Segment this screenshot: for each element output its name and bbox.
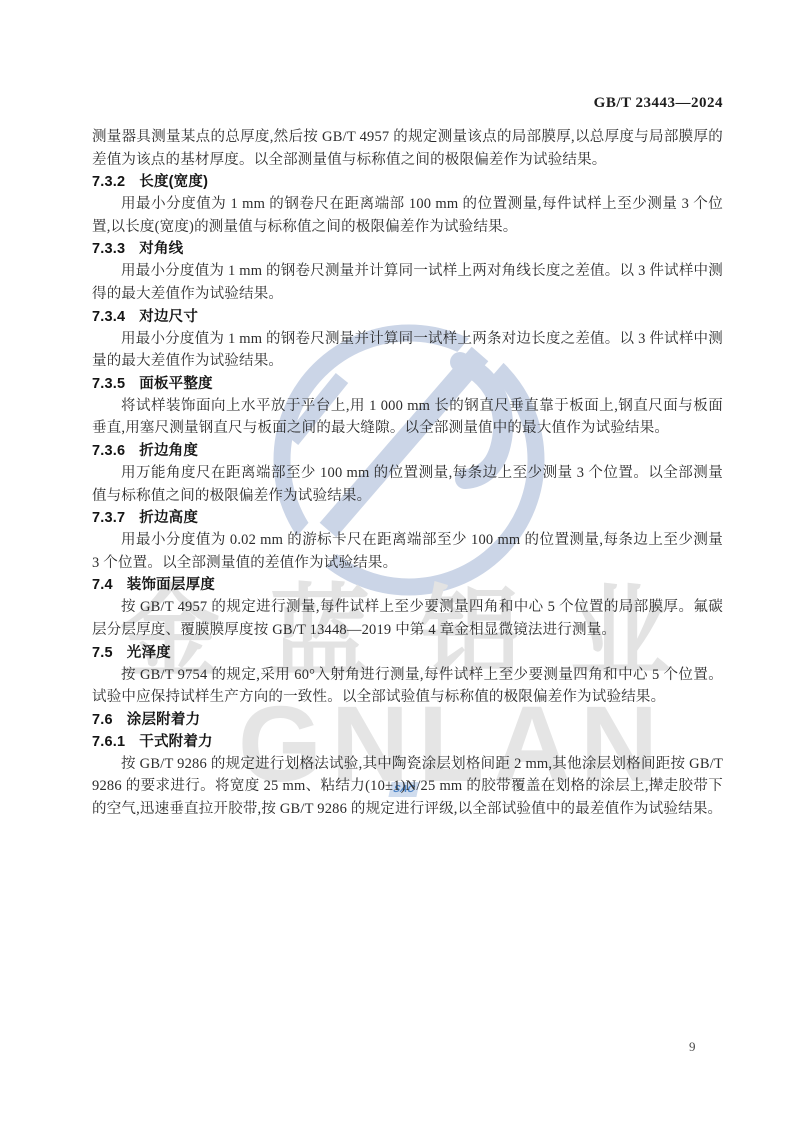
section-paragraph: 按 GB/T 4957 的规定进行测量,每件试样上至少要测量四角和中心 5 个位… (92, 596, 723, 641)
section-heading: 7.6.1干式附着力 (92, 731, 723, 753)
section-paragraph: 按 GB/T 9286 的规定进行划格法试验,其中陶瓷涂层划格间距 2 mm,其… (92, 753, 723, 821)
document-body: 测量器具测量某点的总厚度,然后按 GB/T 4957 的规定测量该点的局部膜厚,… (92, 126, 723, 820)
section-heading: 7.3.3对角线 (92, 238, 723, 260)
section-7-3-3: 7.3.3对角线 用最小分度值为 1 mm 的钢卷尺测量并计算同一试样上两对角线… (92, 238, 723, 305)
section-title: 对边尺寸 (139, 309, 198, 325)
document-page: 金蓝铝业 GNLAN SAC GB/T 23443—2024 测量器具测量某点的… (0, 0, 800, 1131)
section-number: 7.6 (92, 712, 113, 728)
section-heading: 7.4装饰面层厚度 (92, 574, 723, 596)
section-number: 7.3.7 (92, 510, 125, 526)
section-paragraph: 用最小分度值为 0.02 mm 的游标卡尺在距离端部至少 100 mm 的位置测… (92, 529, 723, 574)
standard-number-header: GB/T 23443—2024 (594, 95, 723, 112)
section-number: 7.3.3 (92, 241, 125, 257)
section-title: 面板平整度 (139, 376, 213, 392)
section-number: 7.4 (92, 577, 113, 593)
page-number: 9 (689, 1039, 696, 1055)
section-7-3-2: 7.3.2长度(宽度) 用最小分度值为 1 mm 的钢卷尺在距离端部 100 m… (92, 171, 723, 238)
section-number: 7.3.4 (92, 309, 125, 325)
section-title: 长度(宽度) (139, 174, 208, 190)
section-title: 折边高度 (139, 510, 198, 526)
section-7-6: 7.6涂层附着力 (92, 709, 723, 731)
section-paragraph: 将试样装饰面向上水平放于平台上,用 1 000 mm 长的钢直尺垂直靠于板面上,… (92, 395, 723, 440)
section-title: 装饰面层厚度 (127, 577, 215, 593)
section-heading: 7.3.6折边角度 (92, 440, 723, 462)
section-title: 折边角度 (139, 443, 198, 459)
section-7-3-6: 7.3.6折边角度 用万能角度尺在距离端部至少 100 mm 的位置测量,每条边… (92, 440, 723, 507)
section-heading: 7.6涂层附着力 (92, 709, 723, 731)
section-7-3-5: 7.3.5面板平整度 将试样装饰面向上水平放于平台上,用 1 000 mm 长的… (92, 373, 723, 440)
section-7-3-7: 7.3.7折边高度 用最小分度值为 0.02 mm 的游标卡尺在距离端部至少 1… (92, 507, 723, 574)
section-7-3-4: 7.3.4对边尺寸 用最小分度值为 1 mm 的钢卷尺测量并计算同一试样上两条对… (92, 306, 723, 373)
section-heading: 7.3.4对边尺寸 (92, 306, 723, 328)
section-paragraph: 按 GB/T 9754 的规定,采用 60°入射角进行测量,每件试样上至少要测量… (92, 664, 723, 709)
section-heading: 7.3.7折边高度 (92, 507, 723, 529)
section-title: 涂层附着力 (127, 712, 201, 728)
section-title: 光泽度 (127, 645, 171, 661)
continuation-paragraph: 测量器具测量某点的总厚度,然后按 GB/T 4957 的规定测量该点的局部膜厚,… (92, 126, 723, 171)
section-number: 7.3.2 (92, 174, 125, 190)
section-title: 干式附着力 (139, 734, 213, 750)
section-number: 7.6.1 (92, 734, 125, 750)
section-paragraph: 用最小分度值为 1 mm 的钢卷尺测量并计算同一试样上两条对边长度之差值。以 3… (92, 328, 723, 373)
section-title: 对角线 (139, 241, 183, 257)
section-number: 7.3.5 (92, 376, 125, 392)
section-7-6-1: 7.6.1干式附着力 按 GB/T 9286 的规定进行划格法试验,其中陶瓷涂层… (92, 731, 723, 821)
section-7-5: 7.5光泽度 按 GB/T 9754 的规定,采用 60°入射角进行测量,每件试… (92, 642, 723, 709)
section-paragraph: 用最小分度值为 1 mm 的钢卷尺测量并计算同一试样上两对角线长度之差值。以 3… (92, 260, 723, 305)
section-heading: 7.3.5面板平整度 (92, 373, 723, 395)
section-heading: 7.5光泽度 (92, 642, 723, 664)
section-7-4: 7.4装饰面层厚度 按 GB/T 4957 的规定进行测量,每件试样上至少要测量… (92, 574, 723, 641)
section-number: 7.5 (92, 645, 113, 661)
section-paragraph: 用最小分度值为 1 mm 的钢卷尺在距离端部 100 mm 的位置测量,每件试样… (92, 193, 723, 238)
section-number: 7.3.6 (92, 443, 125, 459)
section-heading: 7.3.2长度(宽度) (92, 171, 723, 193)
section-paragraph: 用万能角度尺在距离端部至少 100 mm 的位置测量,每条边上至少测量 3 个位… (92, 462, 723, 507)
